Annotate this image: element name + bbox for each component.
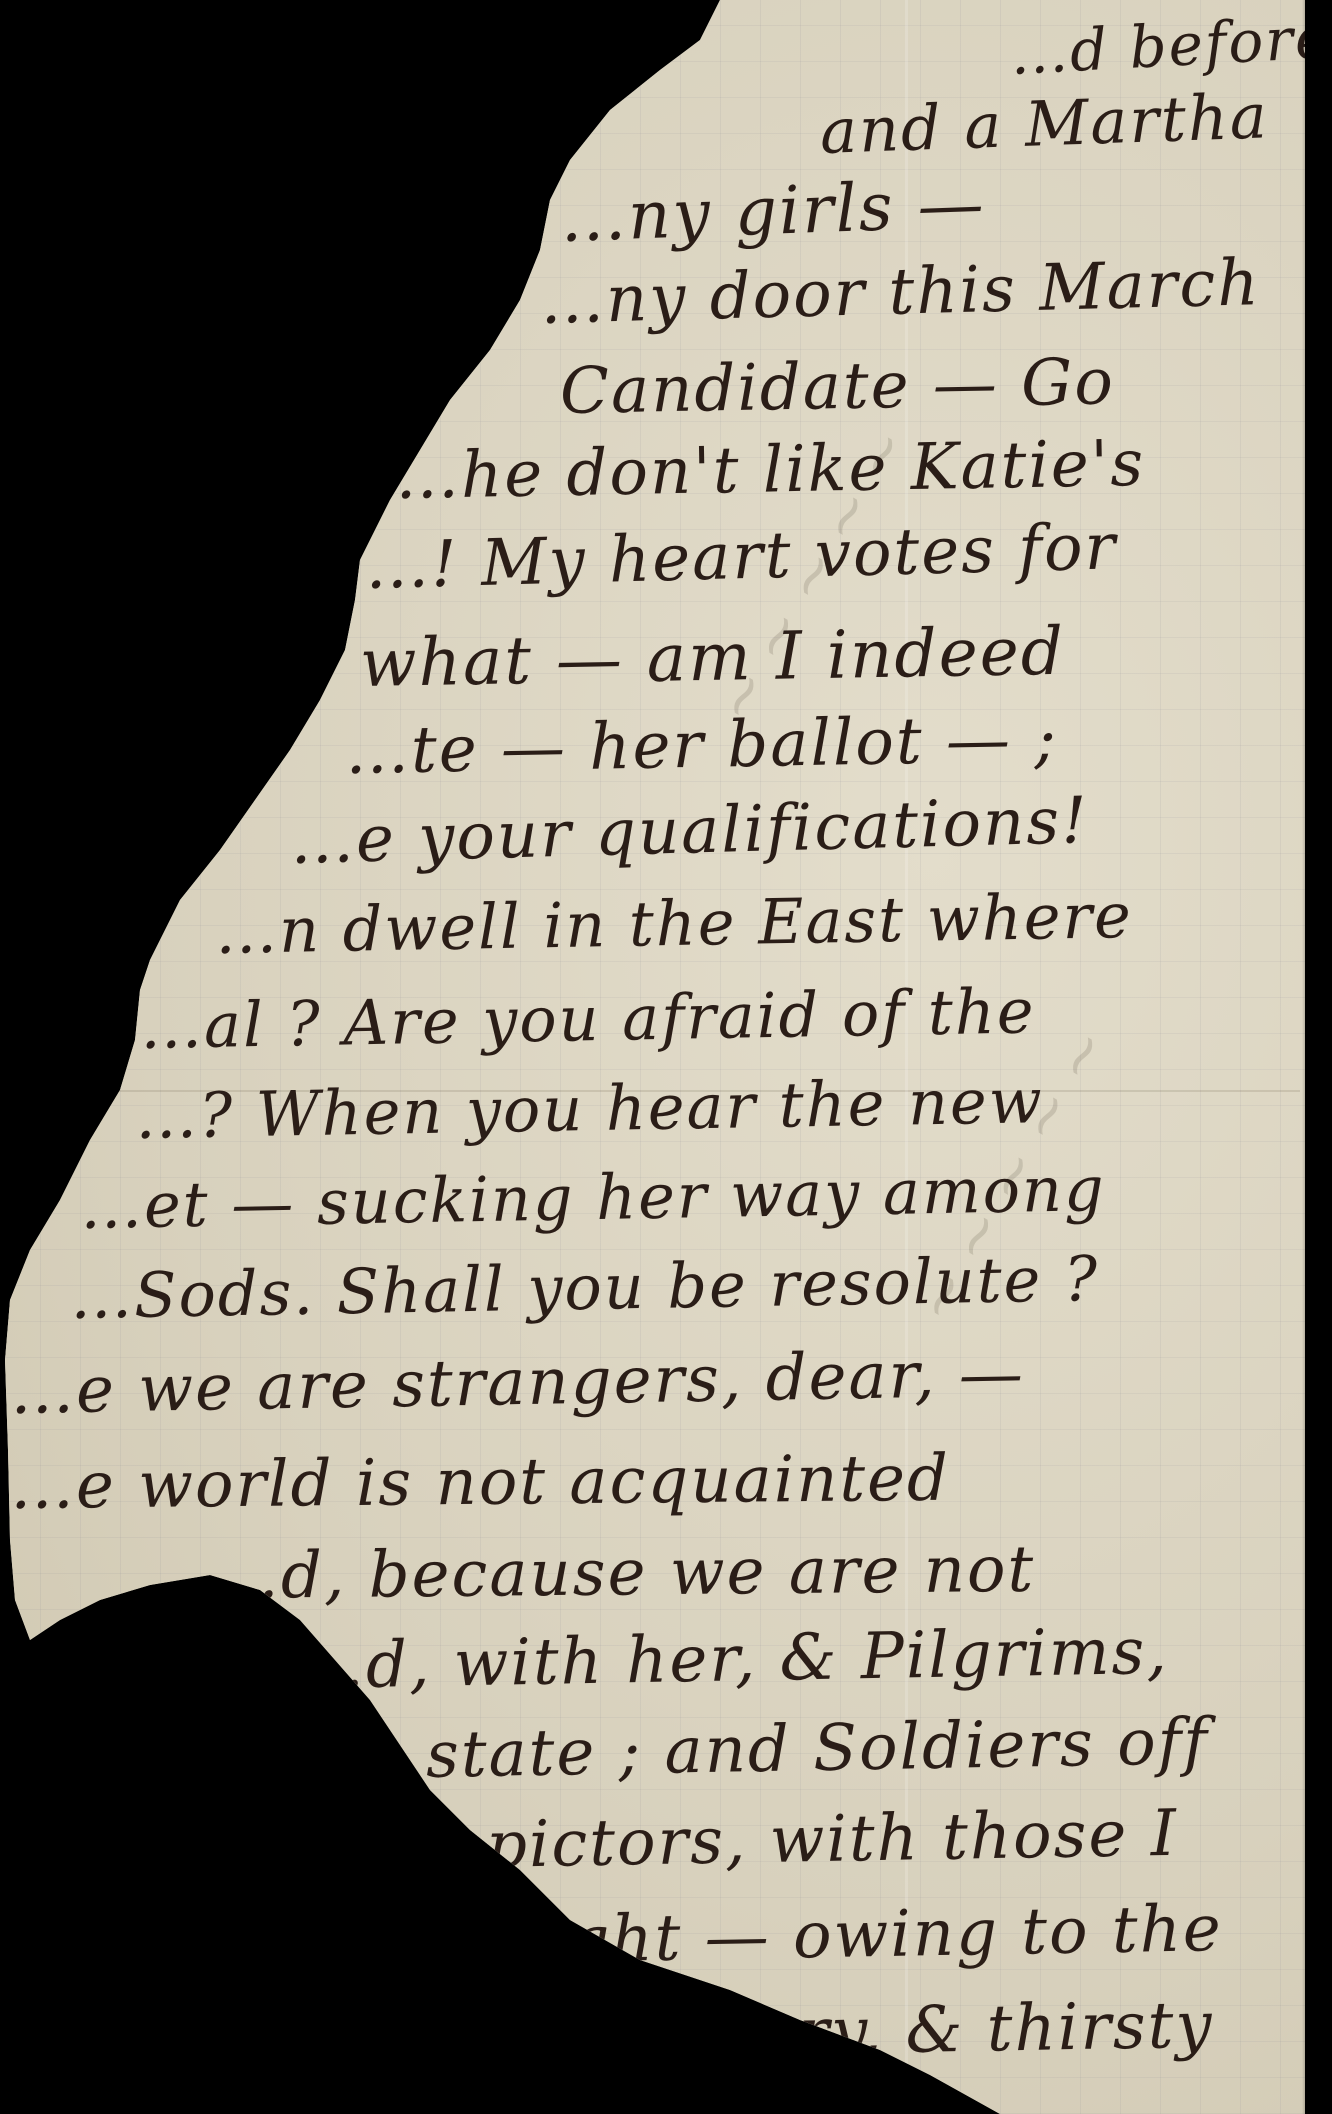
handwritten-line: …te — her ballot — ; <box>344 703 1058 789</box>
handwritten-line: …he don't like Katie's <box>394 427 1145 514</box>
handwritten-line: …n dwell in the East where <box>214 879 1133 968</box>
paper-surface: ~ ~ ~ ~ ~ ~ ~ ~ ~ ~ …d before; and a Mar… <box>0 0 1332 2114</box>
document-scan: ~ ~ ~ ~ ~ ~ ~ ~ ~ ~ …d before; and a Mar… <box>0 0 1332 2114</box>
handwritten-line: …d before; <box>1008 2 1332 88</box>
handwritten-line: …pictors, with those I <box>419 1797 1178 1884</box>
handwritten-line: …ight — owing to the <box>479 1892 1223 1979</box>
handwritten-line: …! My heart votes for <box>364 510 1118 604</box>
handwritten-line: …hungry, & thirsty <box>559 1989 1214 2074</box>
handwritten-line: …d, because we are not <box>215 1533 1036 1614</box>
handwritten-line: and a Martha <box>819 79 1270 168</box>
handwritten-line: what — am I indeed <box>359 613 1065 702</box>
handwritten-line: …e we are strangers, dear, — <box>9 1337 1025 1429</box>
handwritten-line: Candidate — Go <box>559 345 1115 429</box>
torn-paper-fragment: ~ ~ ~ ~ ~ ~ ~ ~ ~ ~ …d before; and a Mar… <box>0 0 1332 2114</box>
scan-edge-shadow <box>1302 0 1332 2114</box>
handwritten-line: …ny door this March <box>539 246 1261 339</box>
handwritten-line: …al ? Are you afraid of the <box>139 974 1036 1063</box>
handwritten-line: …d, with her, & Pilgrims, <box>299 1615 1169 1704</box>
handwritten-line: …e world is not acquainted <box>10 1442 951 1524</box>
handwritten-line: …state ; and Soldiers off <box>359 1705 1209 1794</box>
handwritten-line: …ny girls — <box>559 165 987 257</box>
handwritten-line: …e your qualifications! <box>289 784 1090 879</box>
